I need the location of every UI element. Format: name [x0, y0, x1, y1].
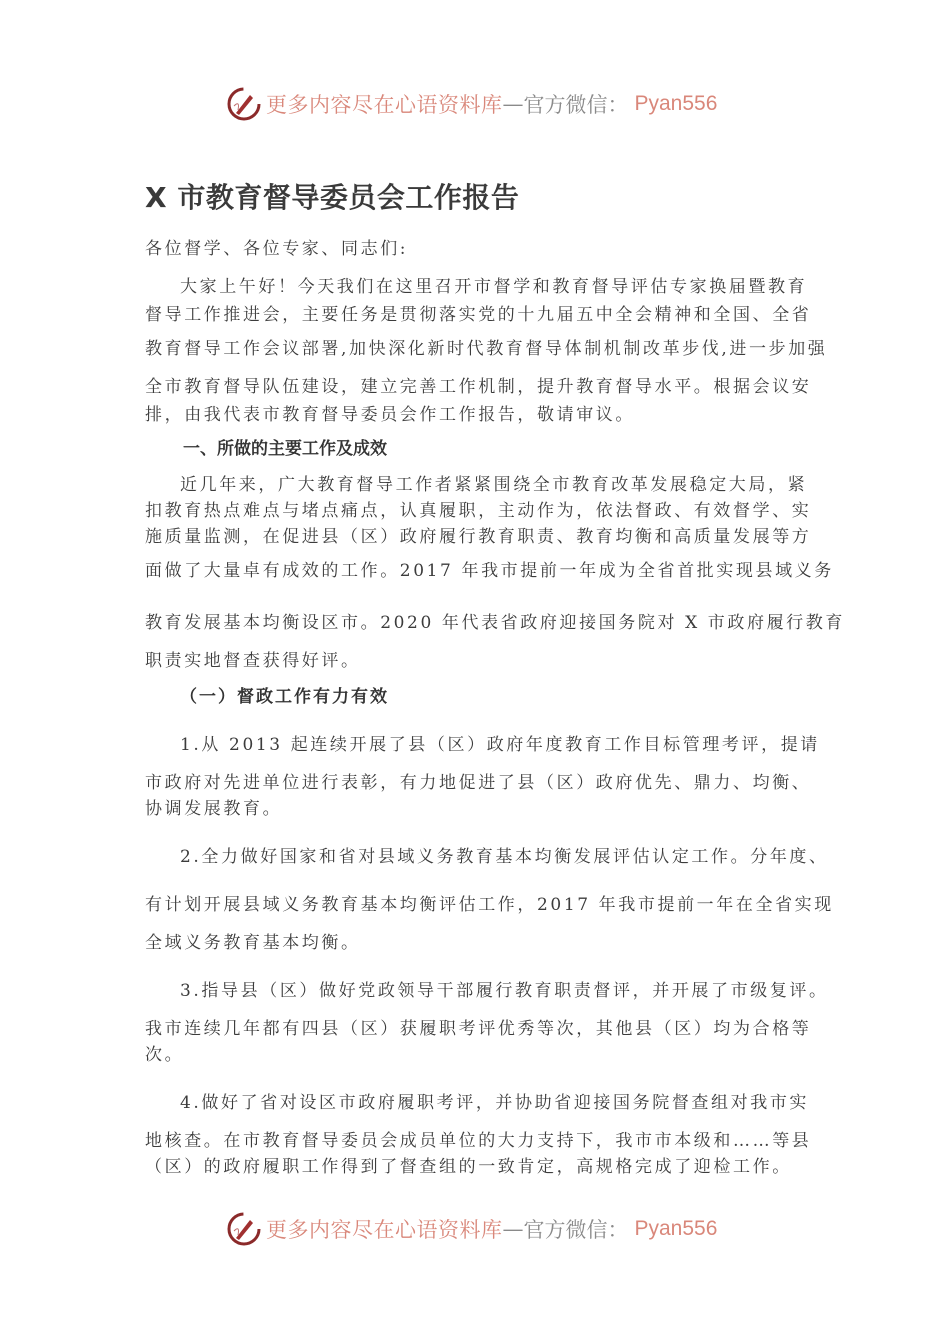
quill-pen-logo-icon [226, 1211, 262, 1247]
item-line: 市政府对先进单位进行表彰，有力地促进了县（区）政府优先、鼎力、均衡、 [145, 768, 811, 793]
watermark-dash: — [503, 92, 524, 116]
section-line: 扣教育热点难点与堵点痛点，认真履职，主动作为，依法督政、有效督学、实 [145, 496, 811, 521]
item-line: 2.全力做好国家和省对县域义务教育基本均衡发展评估认定工作。分年度、 [180, 842, 829, 867]
watermark-library-text: 更多内容尽在心语资料库 [266, 89, 503, 119]
section-line: 近几年来，广大教育督导工作者紧紧围绕全市教育改革发展稳定大局，紧 [180, 470, 807, 495]
item-line: 有计划开展县域义务教育基本均衡评估工作，2017 年我市提前一年在全省实现 [145, 890, 834, 915]
watermark-dash: — [503, 1217, 524, 1241]
section-line: 职责实地督查获得好评。 [145, 646, 361, 671]
section-heading: 一、所做的主要工作及成效 [183, 434, 387, 459]
header-watermark: 更多内容尽在心语资料库 — 官方微信： Pyan556 [226, 84, 717, 124]
watermark-wechat-id: Pyan556 [635, 92, 718, 116]
item-line: 协调发展教育。 [145, 794, 282, 819]
watermark-wechat-id: Pyan556 [635, 1217, 718, 1241]
watermark-library-text: 更多内容尽在心语资料库 [266, 1214, 503, 1244]
intro-line: 全市教育督导队伍建设，建立完善工作机制，提升教育督导水平。根据会议安 [145, 372, 811, 397]
intro-line: 教育督导工作会议部署,加快深化新时代教育督导体制机制改革步伐,进一步加强 [145, 334, 827, 359]
section-line: 施质量监测，在促进县（区）政府履行教育职责、教育均衡和高质量发展等方 [145, 522, 811, 547]
item-line: 1.从 2013 起连续开展了县（区）政府年度教育工作目标管理考评，提请 [180, 730, 820, 755]
footer-watermark: 更多内容尽在心语资料库 — 官方微信： Pyan556 [226, 1209, 717, 1249]
intro-line: 大家上午好！今天我们在这里召开市督学和教育督导评估专家换届暨教育 [180, 272, 807, 297]
watermark-wechat-label: 官方微信： [524, 89, 629, 119]
section-line: 面做了大量卓有成效的工作。2017 年我市提前一年成为全省首批实现县域义务 [145, 556, 834, 581]
item-line: 3.指导县（区）做好党政领导干部履行教育职责督评，并开展了市级复评。 [180, 976, 829, 1001]
watermark-wechat-label: 官方微信： [524, 1214, 629, 1244]
item-line: （区）的政府履职工作得到了督查组的一致肯定，高规格完成了迎检工作。 [145, 1152, 792, 1177]
item-line: 地核查。在市教育督导委员会成员单位的大力支持下，我市市本级和……等县 [145, 1126, 811, 1151]
section-line: 教育发展基本均衡设区市。2020 年代表省政府迎接国务院对 X 市政府履行教育 [145, 608, 845, 633]
item-line: 次。 [145, 1040, 184, 1065]
intro-line: 督导工作推进会，主要任务是贯彻落实党的十九届五中全会精神和全国、全省 [145, 300, 811, 325]
quill-pen-logo-icon [226, 86, 262, 122]
salutation: 各位督学、各位专家、同志们: [145, 234, 408, 259]
subsection-heading: （一）督政工作有力有效 [180, 682, 389, 707]
document-title: X 市教育督导委员会工作报告 [145, 176, 519, 216]
item-line: 全域义务教育基本均衡。 [145, 928, 361, 953]
item-line: 我市连续几年都有四县（区）获履职考评优秀等次，其他县（区）均为合格等 [145, 1014, 811, 1039]
item-line: 4.做好了省对设区市政府履职考评，并协助省迎接国务院督查组对我市实 [180, 1088, 809, 1113]
intro-line: 排，由我代表市教育督导委员会作工作报告，敬请审议。 [145, 400, 635, 425]
